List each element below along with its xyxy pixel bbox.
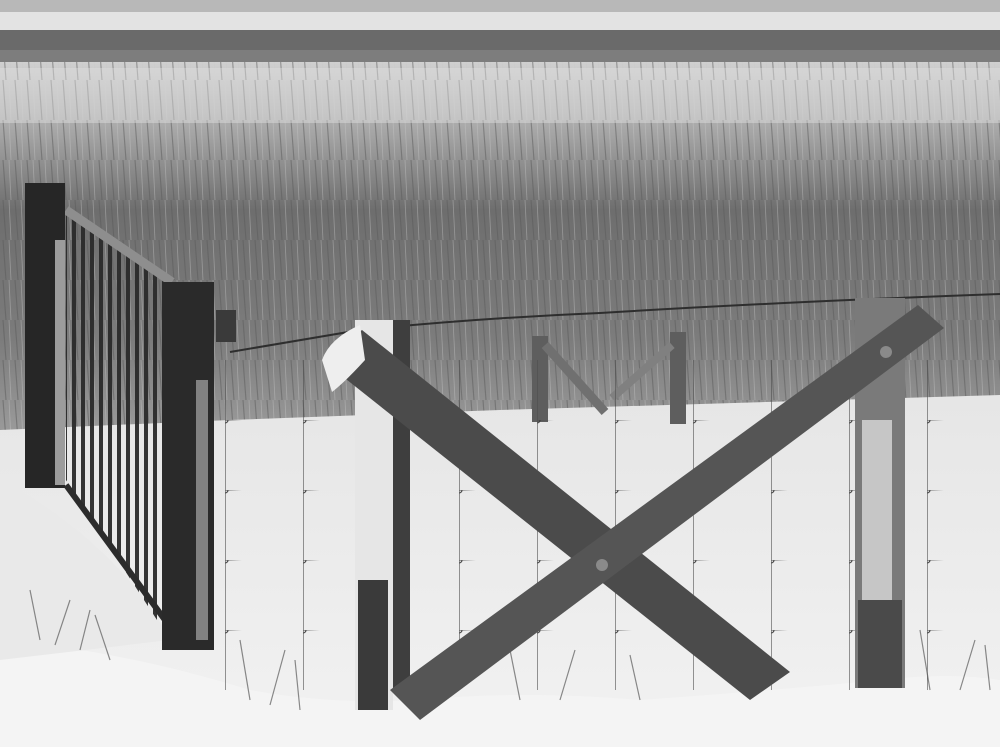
reed-frost xyxy=(0,68,1000,123)
bolt-icon xyxy=(596,559,608,571)
far-treeline xyxy=(0,0,1000,12)
bolt-icon xyxy=(880,346,892,358)
snowy-fence-photo xyxy=(0,0,1000,747)
gate-latch xyxy=(216,310,236,342)
mid-field xyxy=(0,50,1000,64)
far-snow-field xyxy=(0,12,1000,30)
